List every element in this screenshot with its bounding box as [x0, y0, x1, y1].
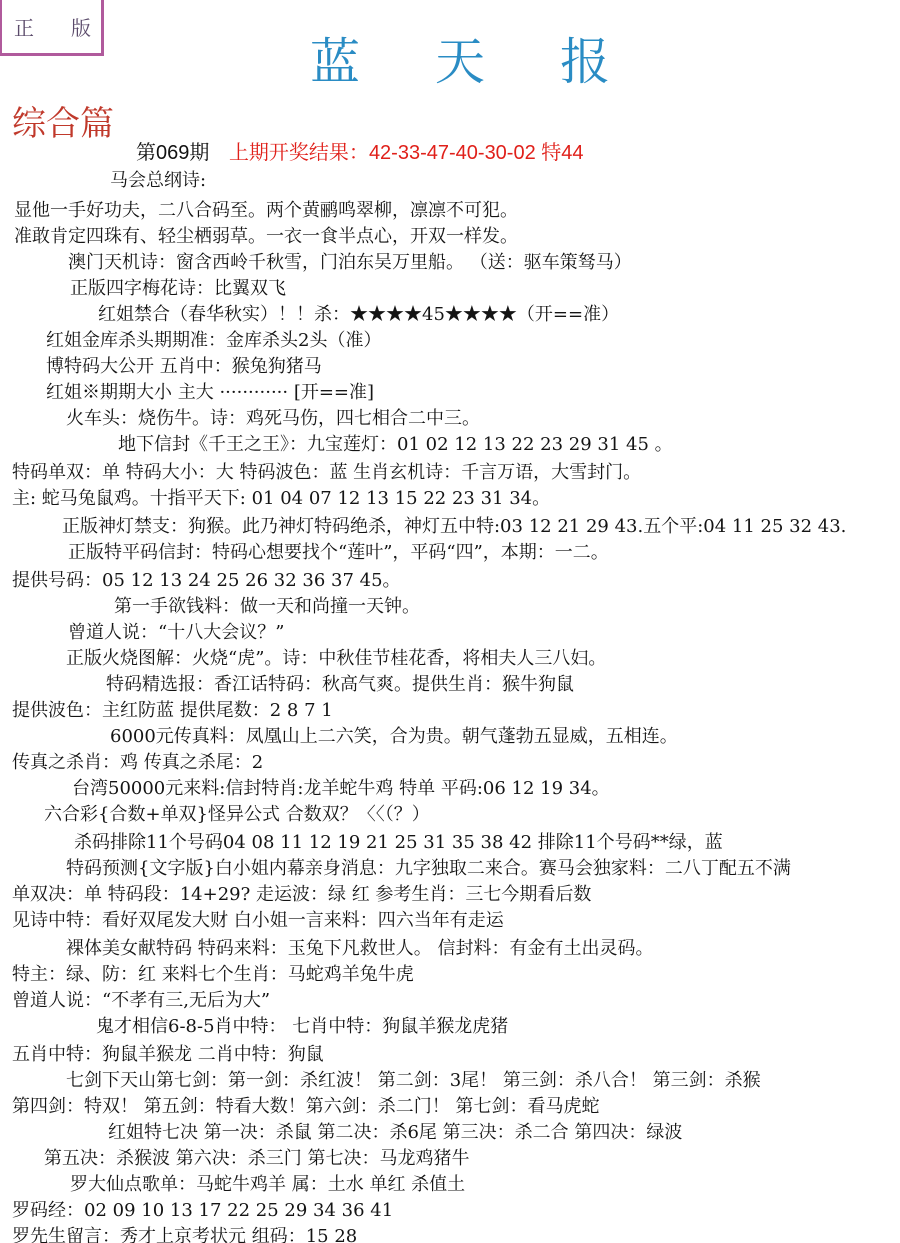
text-line: 6000元传真料：凤凰山上二六笑，合为贵。朝气蓬勃五显威，五相连。 — [110, 724, 678, 750]
badge-right-char: 版 — [71, 12, 91, 41]
text-line: 五肖中特：狗鼠羊猴龙 二肖中特：狗鼠 — [12, 1042, 324, 1068]
text-line: 罗大仙点歌单：马蛇牛鸡羊 属：土水 单红 杀值土 — [70, 1172, 465, 1198]
masthead-char-1: 蓝 — [300, 22, 370, 94]
text-line: 七剑下天山第七剑：第一剑：杀红波！ 第二剑：3尾！ 第三剑：杀八合！ 第三剑：杀… — [66, 1068, 761, 1094]
text-line: 单双决：单 特码段：14+29? 走运波：绿 红 参考生肖：三七今期看后数 — [12, 882, 591, 908]
text-line: 传真之杀肖：鸡 传真之杀尾：2 — [12, 750, 263, 776]
text-line: 特主：绿、防：红 来料七个生肖：马蛇鸡羊兔牛虎 — [12, 962, 414, 988]
text-line: 地下信封《千王之王》：九宝莲灯：01 02 12 13 22 23 29 31 … — [118, 432, 673, 458]
authentic-badge: 正 版 — [0, 0, 104, 56]
text-line: 澳门天机诗：窗含西岭千秋雪，门泊东吴万里船。 （送：驱车策驽马） — [68, 250, 632, 276]
text-line: 红姐禁合（春华秋实）！！杀：★★★★45★★★★（开==准） — [98, 302, 619, 328]
masthead-char-3: 报 — [550, 22, 620, 94]
text-line: 红姐金库杀头期期准：金库杀头2头（准） — [46, 328, 381, 354]
section-title: 综合篇 — [12, 96, 114, 145]
text-line: 特码单双：单 特码大小：大 特码波色：蓝 生肖玄机诗：千言万语，大雪封门。 — [12, 460, 641, 486]
text-line: 红姐特七决 第一决：杀鼠 第二决：杀6尾 第三决：杀二合 第四决：绿波 — [108, 1120, 682, 1146]
text-line: 第一手欲钱料：做一天和尚撞一天钟。 — [114, 594, 420, 620]
text-line: 火车头：烧伤牛。诗：鸡死马伤，四七相合二中三。 — [66, 406, 480, 432]
last-result-label: 上期开奖结果： — [229, 142, 369, 164]
text-line: 鬼才相信6-8-5肖中特： 七肖中特：狗鼠羊猴龙虎猪 — [96, 1014, 508, 1040]
issue-number: 第069期 — [136, 142, 209, 164]
text-line: 主: 蛇马兔鼠鸡。十指平天下: 01 04 07 12 13 15 22 23 … — [12, 486, 550, 512]
text-line: 正版火烧图解：火烧“虎”。诗：中秋佳节桂花香，将相夫人三八妇。 — [66, 646, 606, 672]
badge-left-char: 正 — [14, 12, 34, 41]
text-line: 准敢肯定四珠有、轻尘栖弱草。一衣一食半点心，开双一样发。 — [14, 224, 518, 250]
text-line: 台湾50000元来料:信封特肖:龙羊蛇牛鸡 特单 平码:06 12 19 34。 — [72, 776, 610, 802]
last-result-numbers: 42-33-47-40-30-02 — [369, 142, 536, 164]
text-line: 六合彩{合数+单双}怪异公式 合数双？〈〈（？） — [44, 802, 430, 828]
text-line: 正版特平码信封：特码心想要找个“莲叶”，平码“四”，本期：一二。 — [68, 540, 609, 566]
text-line: 马会总纲诗: — [110, 168, 206, 194]
text-line: 提供号码：05 12 13 24 25 26 32 36 37 45。 — [12, 568, 401, 594]
text-line: 第四剑：特双！ 第五剑：特看大数！第六剑：杀二门！ 第七剑：看马虎蛇 — [12, 1094, 599, 1120]
text-line: 正版四字梅花诗：比翼双飞 — [70, 276, 286, 302]
text-line: 杀码排除11个号码04 08 11 12 19 21 25 31 35 38 4… — [74, 830, 723, 856]
text-line: 裸体美女献特码 特码来料：玉兔下凡救世人。 信封料：有金有土出灵码。 — [66, 936, 653, 962]
masthead-char-2: 天 — [425, 22, 495, 94]
text-line: 特码预测{文字版}白小姐内幕亲身消息：九字独取二来合。赛马会独家料：二八丁配五不… — [66, 856, 791, 882]
text-line: 曾道人说：“十八大会议？” — [68, 620, 284, 646]
text-line: 显他一手好功夫，二八合码至。两个黄鹂鸣翠柳，凛凛不可犯。 — [14, 198, 518, 224]
special-number: 特44 — [541, 142, 583, 164]
issue-header: 第069期 上期开奖结果：42-33-47-40-30-02 特44 — [136, 136, 584, 165]
text-line: 特码精选报：香江话特码：秋高气爽。提供生肖：猴牛狗鼠 — [106, 672, 574, 698]
text-line: 见诗中特：看好双尾发大财 白小姐一言来料：四六当年有走运 — [12, 908, 504, 934]
masthead-title: 蓝 天 报 — [300, 22, 620, 94]
text-line: 博特码大公开 五肖中：猴兔狗猪马 — [46, 354, 322, 380]
text-line: 提供波色：主红防蓝 提供尾数：2 8 7 1 — [12, 698, 333, 724]
text-line: 罗码经：02 09 10 13 17 22 25 29 34 36 41 — [12, 1198, 393, 1224]
text-line: 正版神灯禁支：狗猴。此乃神灯特码绝杀，神灯五中特:03 12 21 29 43.… — [62, 514, 846, 540]
text-line: 第五决：杀猴波 第六决：杀三门 第七决：马龙鸡猪牛 — [44, 1146, 469, 1172]
text-line: 曾道人说：“不孝有三,无后为大” — [12, 988, 270, 1014]
text-line: 红姐※期期大小 主大 ············ [开==准] — [46, 380, 374, 406]
text-line: 罗先生留言：秀才上京考状元 组码：15 28 — [12, 1224, 357, 1243]
